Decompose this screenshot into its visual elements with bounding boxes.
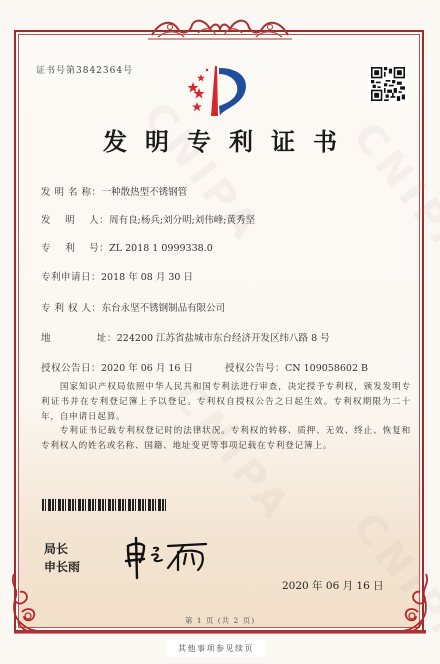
field-label: 授权公告日： (41, 360, 101, 374)
field-value: 2020 年 06 月 16 日 (101, 360, 193, 374)
page-indicator: 第 1 页 (共 2 页) (0, 615, 440, 626)
field-publication-number: 授权公告号：CN 109058602 B (225, 360, 368, 374)
field-value: 一种散热型不锈钢管 (102, 184, 188, 198)
qr-code-icon (368, 64, 408, 104)
field-label: 授权公告号： (225, 360, 285, 374)
field-label: 发 明 人： (41, 212, 109, 226)
top-ornament-icon (148, 15, 292, 41)
certificate-number: 证书号第3842364号 (36, 63, 133, 76)
bottom-border-rule (14, 630, 426, 634)
field-patent-number: 专 利 号：ZL 2018 1 0999338.0 (41, 240, 213, 254)
field-address: 地 址：224200 江苏省盐城市东台经济开发区纬八路 8 号 (41, 330, 330, 344)
signature-date: 2020 年 06 月 16 日 (282, 578, 384, 593)
field-application-date: 专利申请日：2018 年 08 月 30 日 (41, 269, 193, 283)
field-value: 东台永坚不锈钢制品有限公司 (102, 300, 226, 314)
field-label: 专 利 权 人： (41, 300, 102, 314)
field-label: 发 明 名 称： (41, 184, 102, 198)
field-inventors: 发 明 人：周有良;杨兵;刘分明;刘伟峰;黄秀坚 (41, 212, 255, 226)
barcode (42, 499, 167, 511)
page-title: 发明专利证书 (0, 122, 440, 157)
statement-paragraph-2: 专利证书记载专利权登记时的法律状况。专利权的转移、质押、无效、终止、恢复和专利权… (41, 424, 411, 454)
field-value: 周有良;杨兵;刘分明;刘伟峰;黄秀坚 (109, 212, 255, 226)
footer-note: 其他事项参见续页 (166, 640, 266, 657)
signatory-title: 局长 (44, 540, 80, 558)
field-value: CN 109058602 B (285, 363, 368, 374)
field-patentee: 专 利 权 人：东台永坚不锈钢制品有限公司 (41, 300, 225, 314)
cnipa-logo-icon (183, 62, 263, 118)
field-label: 专利申请日： (41, 269, 101, 283)
field-invention-name: 发 明 名 称：一种散热型不锈钢管 (41, 184, 187, 198)
field-value: 2018 年 08 月 30 日 (101, 269, 193, 283)
statement-paragraph-1: 国家知识产权局依照中华人民共和国专利法进行审查，决定授予专利权，颁发发明专利证书… (41, 380, 411, 425)
field-value: 224200 江苏省盐城市东台经济开发区纬八路 8 号 (117, 330, 330, 344)
field-label: 专 利 号： (41, 240, 109, 254)
signature-icon (122, 532, 212, 582)
field-label: 地 址： (41, 330, 117, 344)
field-value: ZL 2018 1 0999338.0 (109, 243, 213, 254)
field-grant-date: 授权公告日：2020 年 06 月 16 日 (41, 360, 193, 374)
signatory-block: 局长 申长雨 (44, 540, 80, 576)
